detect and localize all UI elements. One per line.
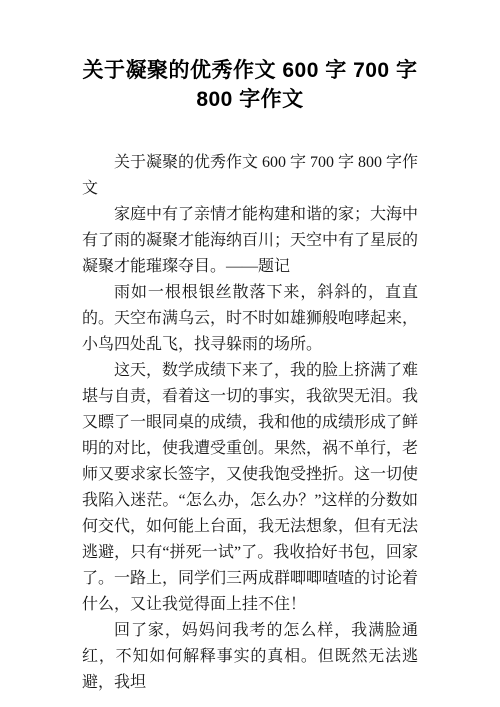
essay-paragraph-back-home: 回了家，妈妈问我考的怎么样，我满脸通红，不知如何解释事实的真相。但既然无法逃避，… (82, 618, 418, 696)
essay-body: 关于凝聚的优秀作文 600 字 700 字 800 字作文 家庭中有了亲情才能构… (82, 150, 418, 696)
essay-paragraph-rain-scene: 雨如一根根银丝散落下来，斜斜的，直直的。天空布满乌云，时不时如雄狮般咆哮起来，小… (82, 280, 418, 358)
document-title: 关于凝聚的优秀作文 600 字 700 字 800 字作文 (82, 56, 418, 114)
essay-paragraph-title-line: 关于凝聚的优秀作文 600 字 700 字 800 字作文 (82, 150, 418, 202)
essay-paragraph-exam-result: 这天，数学成绩下来了，我的脸上挤满了难堪与自责，看着这一切的事实，我欲哭无泪。我… (82, 358, 418, 618)
essay-paragraph-epigraph: 家庭中有了亲情才能构建和谐的家；大海中有了雨的凝聚才能海纳百川；天空中有了星辰的… (82, 202, 418, 280)
document-page: 关于凝聚的优秀作文 600 字 700 字 800 字作文 关于凝聚的优秀作文 … (0, 0, 500, 707)
